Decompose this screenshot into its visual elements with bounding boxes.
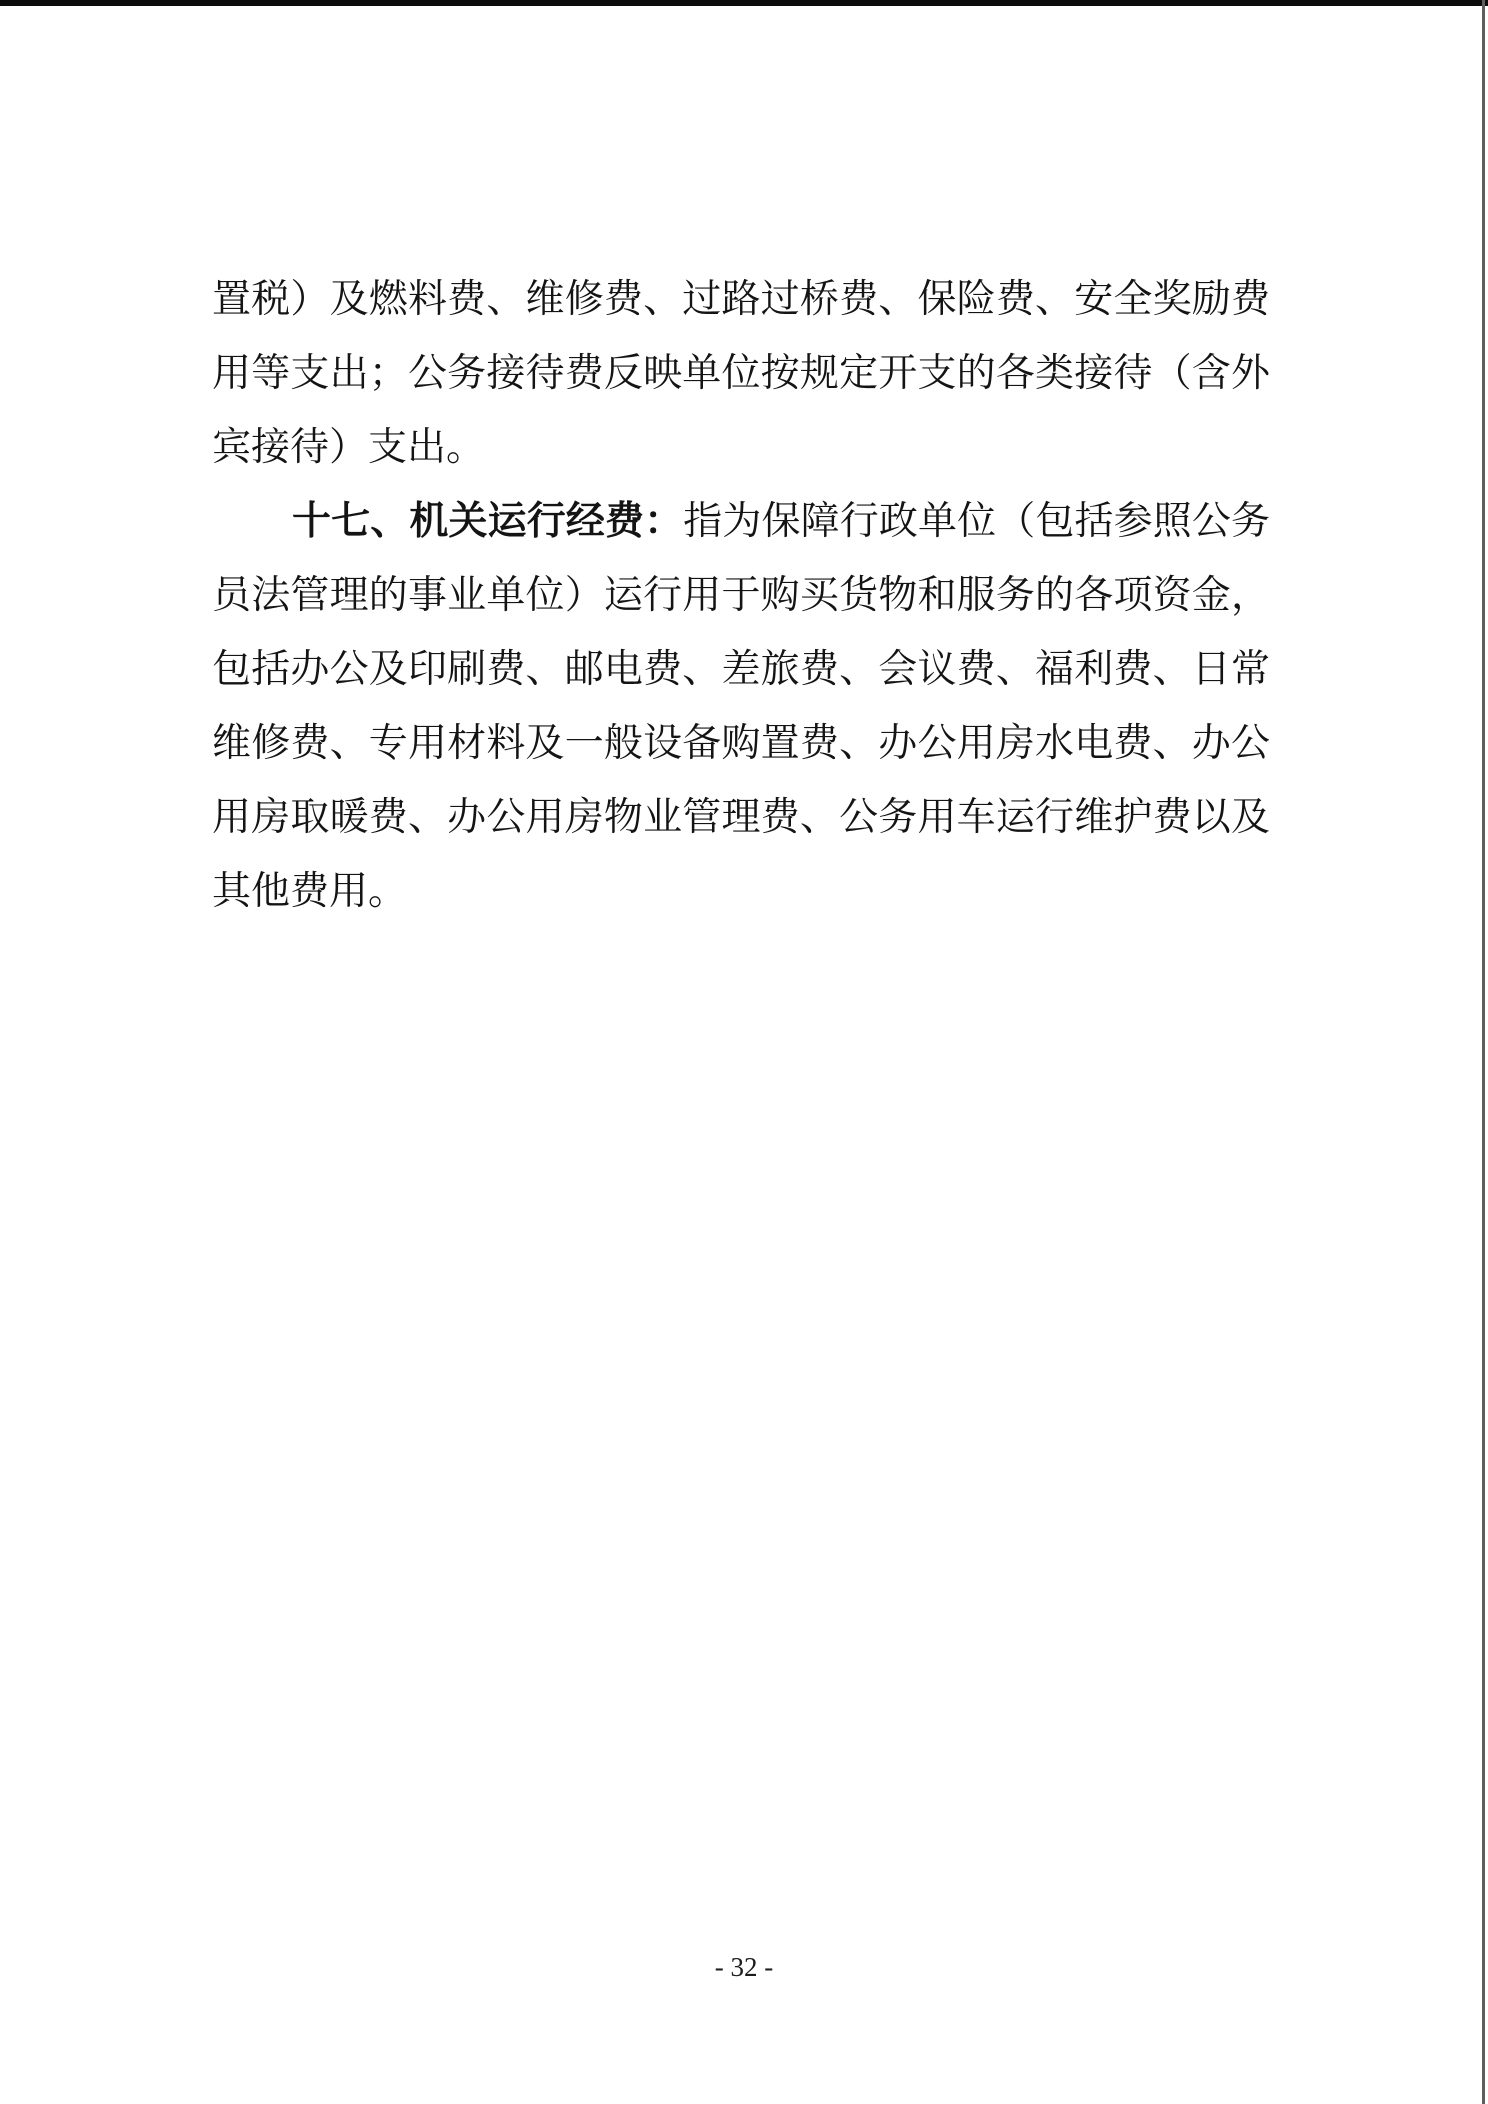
paragraph2-line6: 其他费用。 [212,855,1270,929]
paragraph2-heading-line: 十七、机关运行经费：指为保障行政单位（包括参照公务 [212,485,1270,559]
section-heading: 十七、机关运行经费： [292,500,683,543]
paragraph2-line2: 员法管理的事业单位）运行用于购买货物和服务的各项资金， [212,559,1270,633]
page-number: - 32 - [715,1952,773,1982]
paragraph2-line5: 用房取暖费、办公用房物业管理费、公务用车运行维护费以及 [212,781,1270,855]
scan-edge-right [1482,0,1485,2104]
paragraph1-line1: 置税）及燃料费、维修费、过路过桥费、保险费、安全奖励费 [212,263,1270,337]
page-footer: - 32 - [0,1950,1488,1984]
body-text: 置税）及燃料费、维修费、过路过桥费、保险费、安全奖励费 用等支出；公务接待费反映… [212,263,1270,929]
paragraph1-line2: 用等支出；公务接待费反映单位按规定开支的各类接待（含外 [212,337,1270,411]
paragraph2-line4: 维修费、专用材料及一般设备购置费、办公用房水电费、办公 [212,707,1270,781]
paragraph1-line3: 宾接待）支出。 [212,411,1270,485]
section-heading-rest: 指为保障行政单位（包括参照公务 [683,500,1270,543]
document-page: 置税）及燃料费、维修费、过路过桥费、保险费、安全奖励费 用等支出；公务接待费反映… [0,0,1488,2104]
scan-edge-top [0,0,1488,6]
paragraph2-line3: 包括办公及印刷费、邮电费、差旅费、会议费、福利费、日常 [212,633,1270,707]
